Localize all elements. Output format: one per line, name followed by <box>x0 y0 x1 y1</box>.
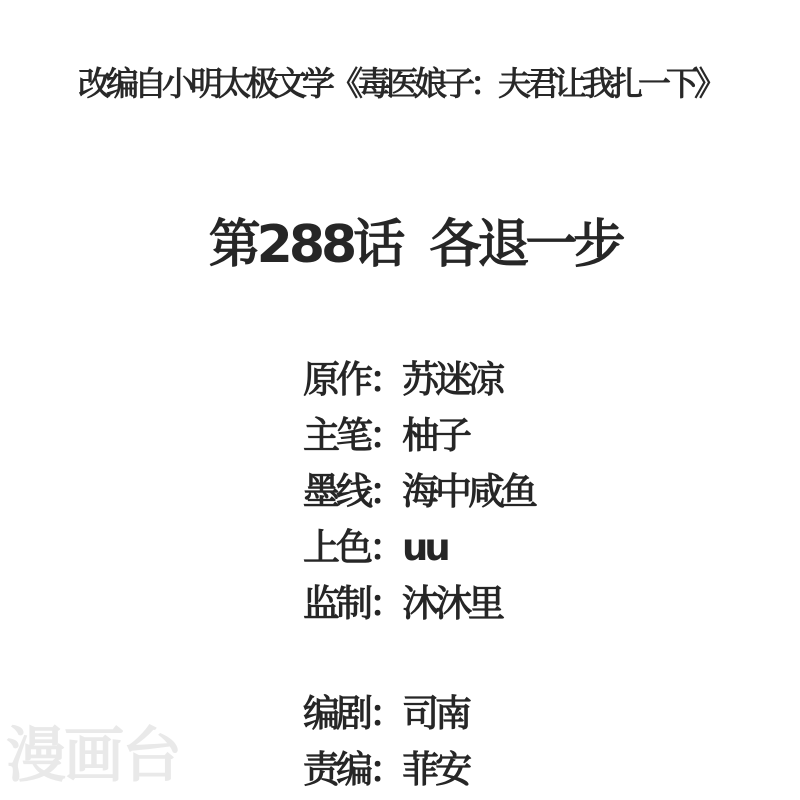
credit-separator: ： <box>369 582 402 625</box>
credit-role: 责编 <box>303 748 369 791</box>
credit-role: 墨线 <box>303 470 369 513</box>
credit-line-editor: 责编：菲安 <box>303 742 534 798</box>
credit-role: 编剧 <box>303 692 369 735</box>
credit-line-inker: 墨线：海中咸鱼 <box>303 464 534 520</box>
credit-name: 海中咸鱼 <box>402 470 534 513</box>
credit-name: 司南 <box>402 692 468 735</box>
credit-separator: ： <box>369 748 402 791</box>
credit-name: uu <box>402 526 447 569</box>
credit-line-original-author: 原作：苏迷凉 <box>303 352 534 408</box>
credit-separator: ： <box>369 526 402 569</box>
credit-line-screenwriter: 编剧：司南 <box>303 686 534 742</box>
credit-role: 监制 <box>303 582 369 625</box>
credit-name: 沐沐里 <box>402 582 501 625</box>
credit-role: 原作 <box>303 358 369 401</box>
credit-name: 柚子 <box>402 414 468 457</box>
credit-line-lead-artist: 主笔：柚子 <box>303 408 534 464</box>
credits-list: 原作：苏迷凉 主笔：柚子 墨线：海中咸鱼 上色：uu 监制：沐沐里 编剧：司南 … <box>303 352 534 798</box>
credit-separator: ： <box>369 692 402 735</box>
comic-credits-page: 改编自小明太极文学《毒医娘子：夫君让我扎一下》 第288话 各退一步 原作：苏迷… <box>0 0 800 800</box>
credit-separator: ： <box>369 470 402 513</box>
credit-name: 苏迷凉 <box>402 358 501 401</box>
credit-role: 主笔 <box>303 414 369 457</box>
credit-name: 菲安 <box>402 748 468 791</box>
credit-line-colorist: 上色：uu <box>303 520 534 576</box>
credit-separator: ： <box>369 414 402 457</box>
adaptation-note: 改编自小明太极文学《毒医娘子：夫君让我扎一下》 <box>0 58 800 105</box>
credit-role: 上色 <box>303 526 369 569</box>
chapter-title: 第288话 各退一步 <box>0 202 800 277</box>
manhuatai-watermark-logo: 漫画台 <box>6 726 180 786</box>
credit-line-supervisor: 监制：沐沐里 <box>303 576 534 632</box>
credit-separator: ： <box>369 358 402 401</box>
